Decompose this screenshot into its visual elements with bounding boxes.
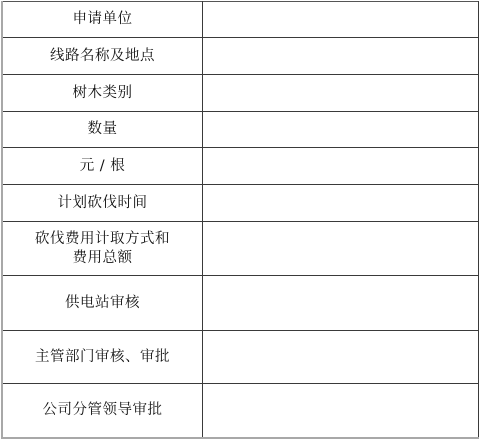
row-quantity: 数量 (2, 112, 479, 148)
field-company-leader-approval[interactable] (203, 384, 479, 438)
row-company-leader-approval: 公司分管领导审批 (2, 384, 479, 438)
label-text: 砍伐费用计取方式和 费用总额 (35, 230, 170, 268)
label-applicant-unit: 申请单位 (2, 2, 203, 38)
field-price-per-tree[interactable] (203, 148, 479, 185)
label-text: 供电站审核 (65, 294, 140, 313)
row-planned-felling-time: 计划砍伐时间 (2, 185, 479, 222)
field-power-station-review[interactable] (203, 276, 479, 331)
label-line-name-location: 线路名称及地点 (2, 38, 203, 75)
tree-felling-application-form: 申请单位 线路名称及地点 树木类别 数量 元 / 根 计划砍伐时间 砍伐费用计取… (1, 1, 479, 439)
field-fee-method-total[interactable] (203, 222, 479, 276)
label-price-per-tree: 元 / 根 (2, 148, 203, 185)
label-department-approval: 主管部门审核、审批 (2, 331, 203, 384)
row-power-station-review: 供电站审核 (2, 276, 479, 331)
label-text: 树木类别 (73, 84, 133, 103)
label-text: 元 / 根 (80, 157, 126, 176)
label-text: 数量 (88, 120, 118, 139)
row-fee-method-total: 砍伐费用计取方式和 费用总额 (2, 222, 479, 276)
row-department-approval: 主管部门审核、审批 (2, 331, 479, 384)
row-tree-type: 树木类别 (2, 75, 479, 112)
field-planned-felling-time[interactable] (203, 185, 479, 222)
field-line-name-location[interactable] (203, 38, 479, 75)
label-fee-method-total: 砍伐费用计取方式和 费用总额 (2, 222, 203, 276)
label-company-leader-approval: 公司分管领导审批 (2, 384, 203, 438)
field-quantity[interactable] (203, 112, 479, 148)
field-applicant-unit[interactable] (203, 2, 479, 38)
field-tree-type[interactable] (203, 75, 479, 112)
label-text: 计划砍伐时间 (58, 194, 148, 213)
label-text: 线路名称及地点 (50, 47, 155, 66)
row-applicant-unit: 申请单位 (2, 2, 479, 38)
row-line-name-location: 线路名称及地点 (2, 38, 479, 75)
label-text: 主管部门审核、审批 (35, 348, 170, 367)
label-text: 公司分管领导审批 (43, 401, 163, 420)
label-text: 申请单位 (73, 10, 133, 29)
label-tree-type: 树木类别 (2, 75, 203, 112)
label-power-station-review: 供电站审核 (2, 276, 203, 331)
row-price-per-tree: 元 / 根 (2, 148, 479, 185)
field-department-approval[interactable] (203, 331, 479, 384)
label-quantity: 数量 (2, 112, 203, 148)
label-planned-felling-time: 计划砍伐时间 (2, 185, 203, 222)
